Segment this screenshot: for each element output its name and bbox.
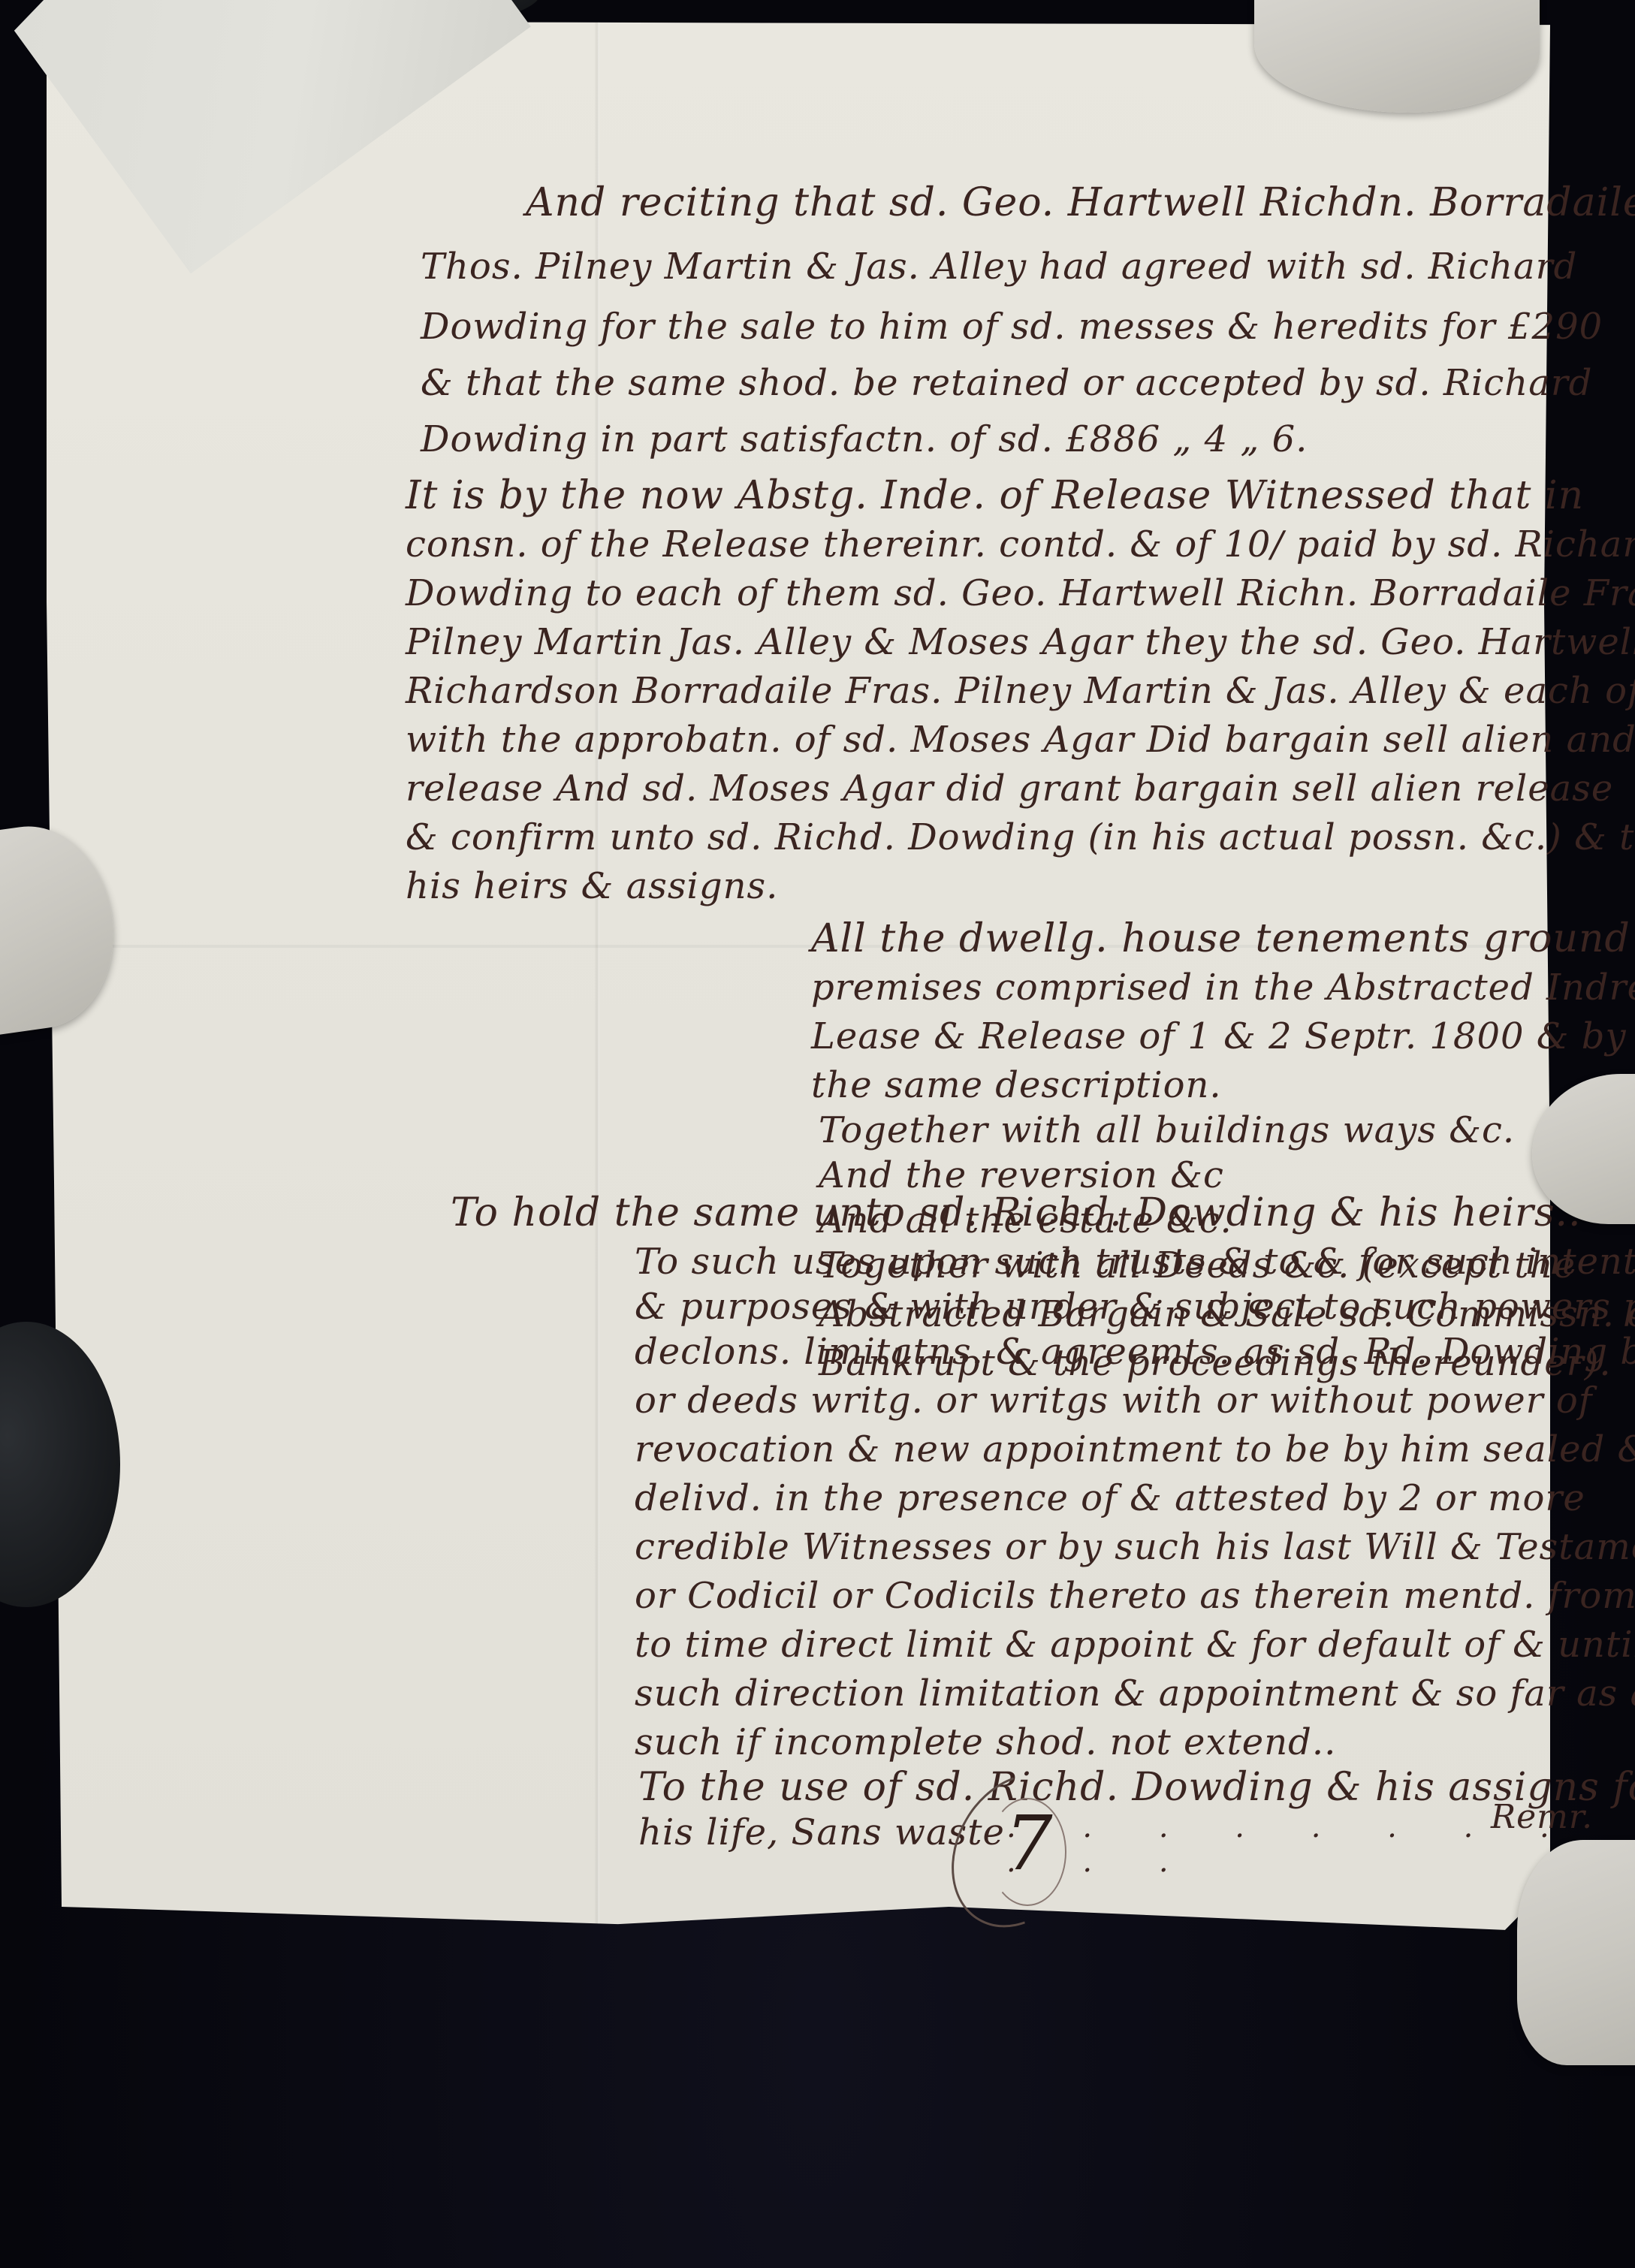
parcels-line: All the dwellg. house tenements ground &… — [811, 916, 1635, 961]
witnessing-line: Pilney Martin Jas. Alley & Moses Agar th… — [406, 620, 1635, 665]
witnessing-line: Richardson Borradaile Fras. Pilney Marti… — [406, 668, 1635, 713]
parcels-line: premises comprised in the Abstracted Ind… — [811, 965, 1635, 1010]
manuscript-text: And reciting that sd. Geo. Hartwell Rich… — [0, 0, 1635, 2268]
parcels-line: Lease & Release of 1 & 2 Septr. 1800 & b… — [811, 1014, 1627, 1059]
uses-line: or Codicil or Codicils thereto as therei… — [635, 1573, 1635, 1618]
uses-line: such direction limitation & appointment … — [635, 1671, 1635, 1716]
uses-line: revocation & new appointment to be by hi… — [635, 1427, 1635, 1472]
witnessing-line: & confirm unto sd. Richd. Dowding (in hi… — [406, 815, 1635, 860]
recital-line: Dowding for the sale to him of sd. messe… — [421, 304, 1603, 349]
habendum-line: To hold the same unto sd. Richd. Dowding… — [451, 1190, 1582, 1235]
uses-line: delivd. in the presence of & attested by… — [635, 1476, 1585, 1521]
uses-line: & purposes & with under & subject to suc… — [635, 1284, 1635, 1329]
witnessing-line: It is by the now Abstg. Inde. of Release… — [406, 473, 1584, 518]
witnessing-line: his heirs & assigns. — [406, 864, 778, 909]
witnessing-line: release And sd. Moses Agar did grant bar… — [406, 766, 1613, 811]
recital-line: & that the same shod. be retained or acc… — [421, 360, 1593, 406]
uses-line: or deeds writg. or writgs with or withou… — [635, 1378, 1593, 1423]
recital-line: Thos. Pilney Martin & Jas. Alley had agr… — [421, 244, 1577, 289]
witnessing-line: Dowding to each of them sd. Geo. Hartwel… — [406, 571, 1635, 616]
uses-line: declons. limitatns. & agreemts. as sd. R… — [635, 1329, 1635, 1374]
general-words-line: Together with all buildings ways &c. — [819, 1108, 1515, 1153]
parcels-line: the same description. — [811, 1063, 1222, 1108]
catchword: Remr. — [1491, 1795, 1593, 1840]
recital-line: Dowding in part satisfactn. of sd. £886 … — [421, 417, 1308, 462]
uses-line: credible Witnesses or by such his last W… — [635, 1525, 1635, 1570]
page-number: 7 — [1005, 1799, 1053, 1887]
witnessing-line: with the approbatn. of sd. Moses Agar Di… — [406, 717, 1635, 762]
uses-line: to time direct limit & appoint & for def… — [635, 1622, 1635, 1667]
life-use-line: his life, Sans waste — [638, 1810, 1005, 1855]
life-use-line: To the use of sd. Richd. Dowding & his a… — [638, 1765, 1635, 1810]
uses-line: such if incomplete shod. not extend.. — [635, 1720, 1336, 1765]
recital-line: And reciting that sd. Geo. Hartwell Rich… — [526, 180, 1635, 225]
witnessing-line: consn. of the Release thereinr. contd. &… — [406, 522, 1635, 567]
uses-line: To such uses upon such trusts & to & for… — [635, 1239, 1635, 1284]
